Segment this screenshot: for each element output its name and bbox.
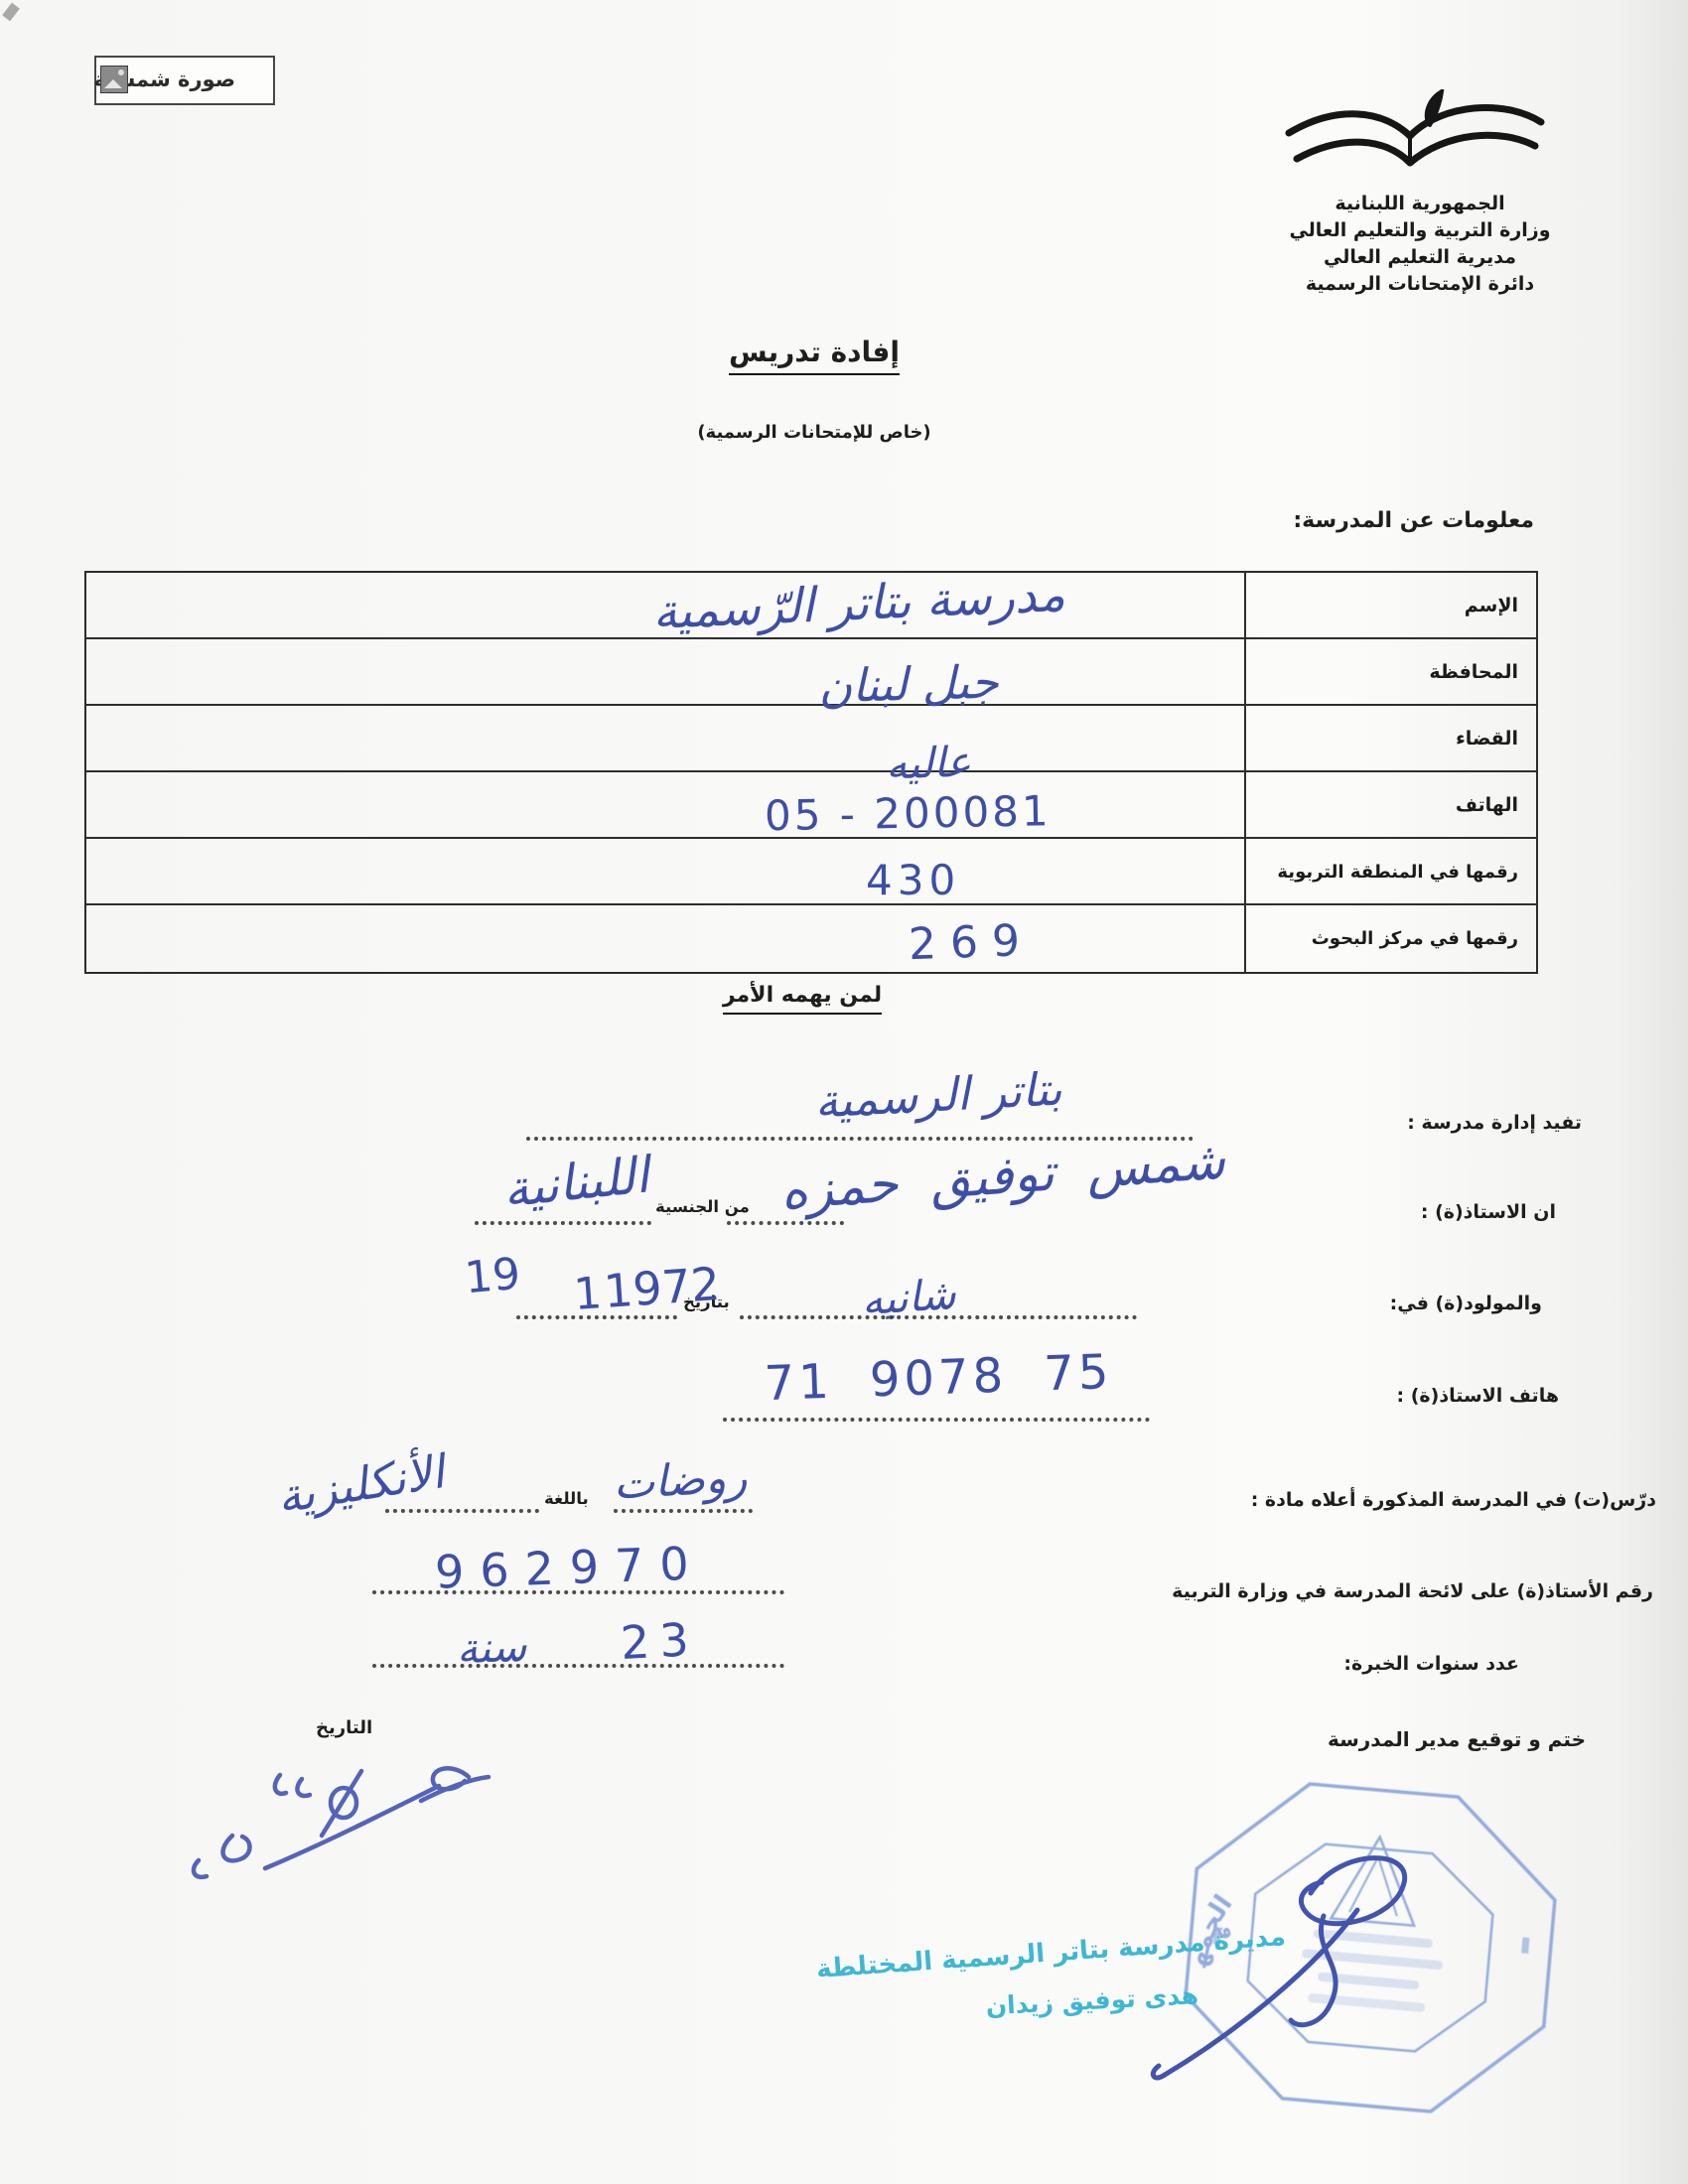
hw-roster-number: 962970 xyxy=(434,1536,705,1598)
hw-birth-year: 1972 xyxy=(602,1257,722,1318)
experience-label: عدد سنوات الخبرة: xyxy=(1343,1653,1519,1675)
hw-phone-school: 05 - 200081 xyxy=(765,787,1024,841)
photo-box: صورة شمسية xyxy=(94,56,275,105)
dotted-line xyxy=(475,1221,651,1225)
roster-label: رقم الأستاذ(ة) على لائحة المدرسة في وزار… xyxy=(1172,1580,1653,1602)
hw-school-admin: بتاتر الرسمية xyxy=(684,1055,1193,1136)
page-title: إفادة تدريس xyxy=(729,336,900,375)
header-line-republic: الجمهورية اللبنانية xyxy=(1253,191,1587,217)
table-label-district: القضاء xyxy=(1246,706,1536,772)
stamp-signature-label: ختم و توقيع مدير المدرسة xyxy=(1328,1727,1586,1751)
dotted-line xyxy=(740,1315,1137,1319)
language-label: باللغة xyxy=(544,1489,589,1508)
hw-subject: روضات xyxy=(595,1451,766,1511)
hw-experience-number: 23 xyxy=(620,1612,700,1670)
table-label-research-number: رقمها في مركز البحوث xyxy=(1246,905,1536,972)
table-label-region-number: رقمها في المنطقة التربوية xyxy=(1246,839,1536,905)
principal-signature xyxy=(1127,1839,1465,2097)
scanned-form-page: صورة شمسية الجمهورية اللبنانية وزارة الت… xyxy=(0,0,1688,2184)
header-line-ministry: وزارة التربية والتعليم العالي xyxy=(1253,217,1587,244)
hw-governorate: جبل لبنان xyxy=(783,654,1033,715)
hw-experience-unit: سنة xyxy=(416,1620,567,1674)
header-line-exams-dept: دائرة الإمتحانات الرسمية xyxy=(1253,271,1587,298)
teacher-phone-label: هاتف الاستاذ(ة) : xyxy=(1397,1385,1559,1407)
dotted-line xyxy=(385,1509,539,1513)
hw-language: الأنكليزية xyxy=(223,1436,496,1532)
table-label-phone: الهاتف xyxy=(1246,772,1536,839)
hw-region-number: 430 xyxy=(866,856,960,904)
hw-birth-month: 1 xyxy=(572,1268,603,1320)
teacher-label: ان الاستاذ(ة) : xyxy=(1421,1201,1556,1223)
hw-district: عاليه xyxy=(833,736,1024,791)
school-admin-label: تفيد إدارة مدرسة : xyxy=(1407,1112,1582,1134)
birth-label: والمولود(ة) في: xyxy=(1390,1293,1542,1314)
photo-icon xyxy=(100,66,128,93)
table-label-governorate: المحافظة xyxy=(1246,639,1536,706)
school-info-heading: معلومات عن المدرسة: xyxy=(1293,508,1534,533)
subject-label: درّس(ت) في المدرسة المذكورة أعلاه مادة : xyxy=(1251,1489,1656,1511)
scan-artifact xyxy=(2,3,20,22)
hw-birth-day: 19 xyxy=(463,1249,522,1304)
table-label-name: الإسم xyxy=(1246,573,1536,639)
date-label: التاريخ xyxy=(316,1717,372,1738)
dotted-line xyxy=(723,1418,1150,1422)
ministry-logo-book-icon xyxy=(1281,89,1549,189)
letter-heading: لمن يهمه الأمر xyxy=(723,983,882,1015)
hw-teacher-name: شمس توفيق حمزه xyxy=(734,1128,1273,1225)
dotted-line xyxy=(727,1221,844,1225)
page-subtitle: (خاص للإمتحانات الرسمية) xyxy=(697,422,930,443)
header-line-directorate: مديرية التعليم العالي xyxy=(1253,244,1587,271)
ministry-header: الجمهورية اللبنانية وزارة التربية والتعل… xyxy=(1253,191,1587,298)
hw-research-number: 269 xyxy=(908,915,1035,970)
handwritten-date-scrawl xyxy=(171,1739,498,1888)
hw-nationality: اللبنانية xyxy=(475,1144,678,1222)
hw-teacher-phone: 71 9078 75 xyxy=(719,1342,1158,1413)
dotted-line xyxy=(614,1509,753,1513)
